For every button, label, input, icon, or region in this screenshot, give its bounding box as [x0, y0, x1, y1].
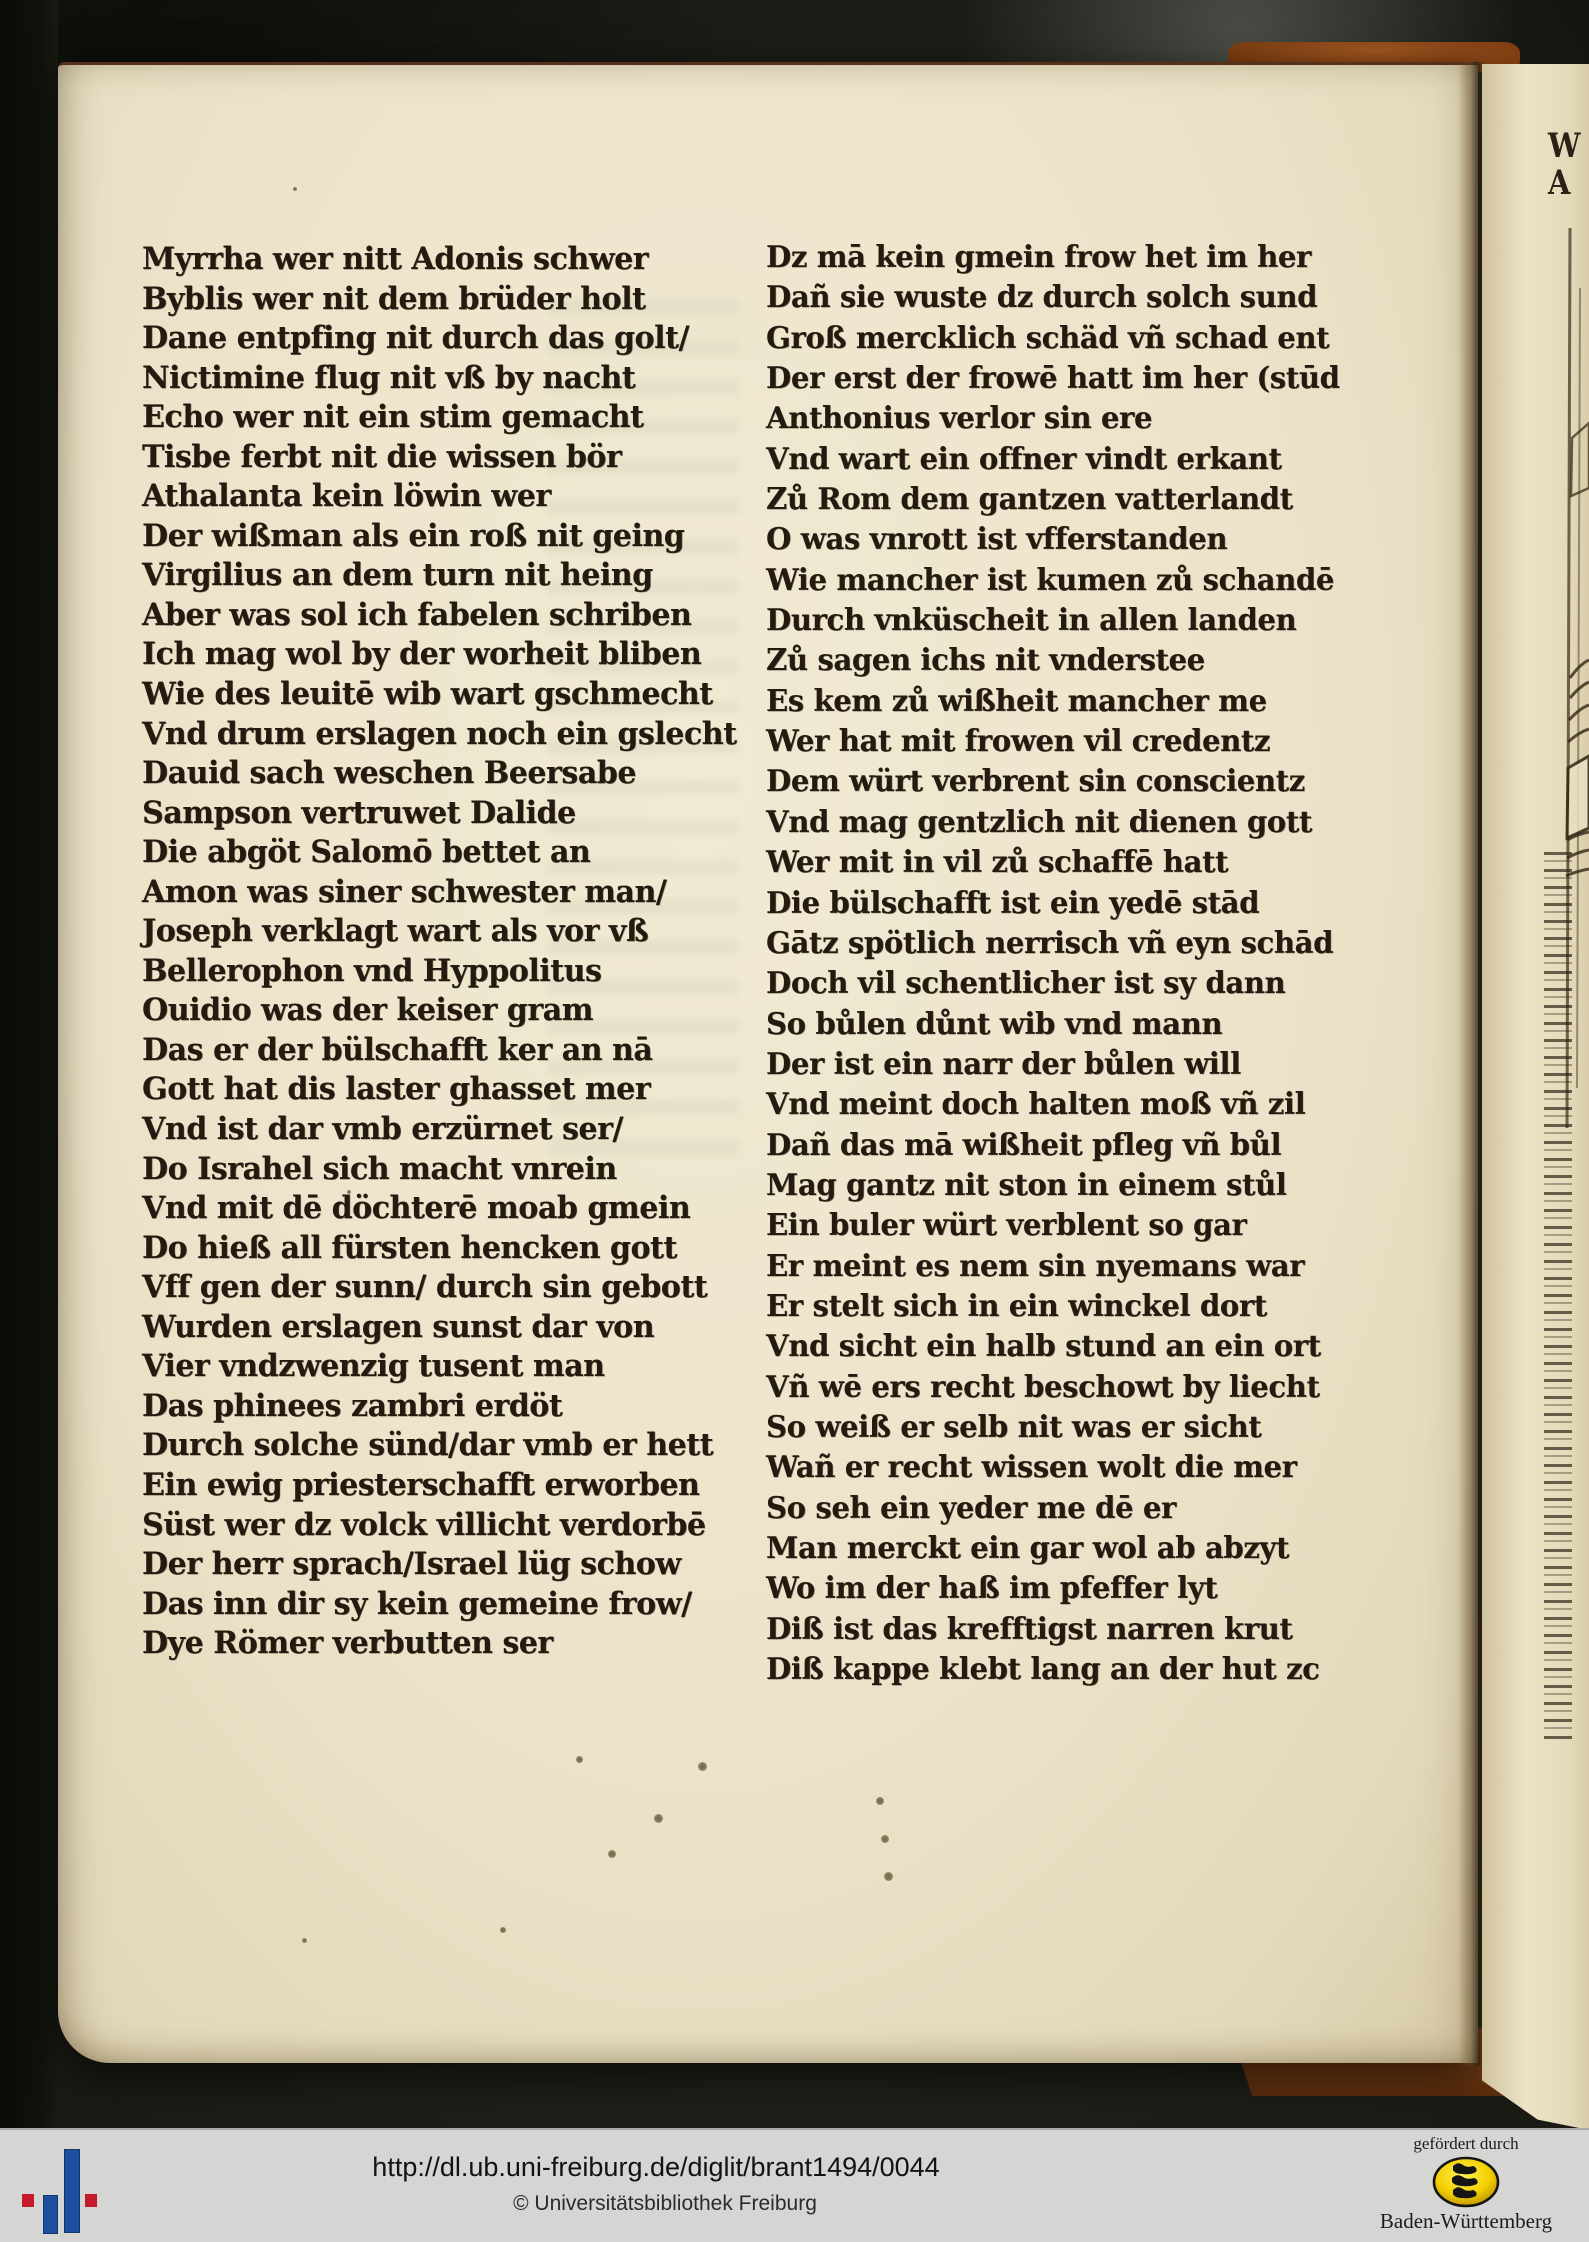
verse-line: Dz mā kein gmein frow het im her [766, 238, 1340, 278]
background-shadow-band [0, 0, 58, 2128]
verse-line: Vnd drum erslagen noch ein gslecht [142, 715, 737, 755]
verse-line: Wie mancher ist kumen zů schandē [766, 561, 1340, 601]
verse-line: Die bülschafft ist ein yedē stād [766, 884, 1340, 924]
verse-line: Es kem zů wißheit mancher me [766, 682, 1340, 722]
funding-label: gefördert durch [1363, 2134, 1569, 2154]
verse-line: Vnd meint doch halten moß vñ zil [766, 1085, 1340, 1125]
verse-line: Echo wer nit ein stim gemacht [142, 398, 737, 438]
book-scan-viewer: Myrrha wer nitt Adonis schwerByblis wer … [0, 0, 1589, 2242]
paper-speck [302, 1938, 307, 1943]
verse-line: Gott hat dis laster ghasset mer [142, 1070, 737, 1110]
verse-column-left: Myrrha wer nitt Adonis schwerByblis wer … [142, 240, 755, 1664]
paper-speck [876, 1797, 884, 1805]
verse-line: Ein buler würt verblent so gar [766, 1206, 1340, 1246]
verse-line: Aber was sol ich fabelen schriben [142, 596, 737, 636]
verse-line: Süst wer dz volck villicht verdorbē [142, 1506, 737, 1546]
verse-line: Mag gantz nit ston in einem stůl [766, 1166, 1340, 1206]
logo-red-block [85, 2194, 97, 2207]
verse-line: Er meint es nem sin nyemans war [766, 1247, 1340, 1287]
paper-speck [654, 1814, 663, 1823]
verse-line: Durch vnküscheit in allen landen [766, 601, 1340, 641]
verse-line: Ein ewig priesterschafft erworben [142, 1466, 737, 1506]
verse-line: Joseph verklagt wart als vor vß [142, 912, 737, 952]
verse-line: Vnd mag gentzlich nit dienen gott [766, 803, 1340, 843]
verse-line: Die abgöt Salomō bettet an [142, 833, 737, 873]
verse-line: Wurden erslagen sunst dar von [142, 1308, 737, 1348]
letter-fragment: W [1548, 128, 1585, 165]
logo-red-block [22, 2194, 34, 2207]
logo-blue-bar-tall [64, 2149, 80, 2233]
verse-line: Dañ das mā wißheit pfleg vñ bůl [766, 1126, 1340, 1166]
verse-line: Man merckt ein gar wol ab abzyt [766, 1529, 1340, 1569]
paper-speck [500, 1927, 506, 1933]
verse-line: Der wißman als ein roß nit geing [142, 517, 737, 557]
viewer-footer-bar: http://dl.ub.uni-freiburg.de/diglit/bran… [0, 2128, 1589, 2242]
verse-line: Durch solche sünd/dar vmb er hett [142, 1426, 737, 1466]
verse-line: Amon was siner schwester man/ [142, 873, 737, 913]
funding-region: Baden-Württemberg [1363, 2209, 1569, 2234]
paper-speck [884, 1872, 893, 1881]
verse-line: Vier vndzwenzig tusent man [142, 1347, 737, 1387]
verse-line: Dane entpfing nit durch das golt/ [142, 319, 737, 359]
verse-line: Vnd sicht ein halb stund an ein ort [766, 1327, 1340, 1367]
verse-line: O was vnrott ist vfferstanden [766, 520, 1340, 560]
verse-line: Wie des leuitē wib wart gschmecht [142, 675, 737, 715]
verse-line: Diß kappe klebt lang an der hut zc [766, 1650, 1340, 1690]
verse-line: Vnd wart ein offner vindt erkant [766, 440, 1340, 480]
verse-line: Der erst der frowē hatt im her (stūd [766, 359, 1340, 399]
verse-line: Ouidio was der keiser gram [142, 991, 737, 1031]
verse-line: Doch vil schentlicher ist sy dann [766, 964, 1340, 1004]
copyright-notice: © Universitätsbibliothek Freiburg [0, 2192, 1330, 2216]
verse-line: Wañ er recht wissen wolt die mer [766, 1448, 1340, 1488]
verse-line: Virgilius an dem turn nit heing [142, 556, 737, 596]
verse-line: Byblis wer nit dem brüder holt [142, 280, 737, 320]
facing-page-letter-fragments: WA [1548, 128, 1585, 202]
verse-line: Das inn dir sy kein gemeine frow/ [142, 1585, 737, 1625]
verse-line: Zů Rom dem gantzen vatterlandt [766, 480, 1340, 520]
verse-line: Nictimine flug nit vß by nacht [142, 359, 737, 399]
paper-speck [881, 1835, 889, 1843]
verse-line: Dañ sie wuste dz durch solch sund [766, 278, 1340, 318]
verse-line: So weiß er selb nit was er sicht [766, 1408, 1340, 1448]
paper-speck [576, 1756, 583, 1763]
verse-line: Zů sagen ichs nit vnderstee [766, 641, 1340, 681]
paper-speck [293, 187, 297, 191]
verse-line: Do Israhel sich macht vnrein [142, 1150, 737, 1190]
verse-line: Er stelt sich in ein winckel dort [766, 1287, 1340, 1327]
verse-line: Gātz spötlich nerrisch vñ eyn schād [766, 924, 1340, 964]
facing-page-edge-on-text [1544, 852, 1572, 1744]
verse-line: Dye Römer verbutten ser [142, 1624, 737, 1664]
verse-line: Vnd mit dē döchterē moab gmein [142, 1189, 737, 1229]
verse-line: Tisbe ferbt nit die wissen bör [142, 438, 737, 478]
verse-line: Wer mit in vil zů schaffē hatt [766, 843, 1340, 883]
verse-line: Dauid sach weschen Beersabe [142, 754, 737, 794]
verse-line: Das er der bülschafft ker an nā [142, 1031, 737, 1071]
source-url: http://dl.ub.uni-freiburg.de/diglit/bran… [0, 2152, 1312, 2183]
verse-line: Vnd ist dar vmb erzürnet ser/ [142, 1110, 737, 1150]
verse-line: Groß mercklich schäd vñ schad ent [766, 319, 1340, 359]
verse-line: Do hieß all fürsten hencken gott [142, 1229, 737, 1269]
verse-line: Der herr sprach/Israel lüg schow [142, 1545, 737, 1585]
verse-line: Sampson vertruwet Dalide [142, 794, 737, 834]
verse-column-right: Dz mā kein gmein frow het im herDañ sie … [766, 238, 1357, 1690]
verse-line: Vñ wē ers recht beschowt by liecht [766, 1368, 1340, 1408]
verse-line: Vff gen der sunn/ durch sin gebott [142, 1268, 737, 1308]
paper-speck [608, 1850, 616, 1858]
verse-line: So bůlen důnt wib vnd mann [766, 1005, 1340, 1045]
paper-speck [698, 1762, 707, 1771]
letter-fragment: A [1548, 165, 1585, 202]
verse-line: So seh ein yeder me dē er [766, 1489, 1340, 1529]
verse-line: Myrrha wer nitt Adonis schwer [142, 240, 737, 280]
logo-blue-bar-short [43, 2195, 58, 2234]
verse-line: Wo im der haß im pfeffer lyt [766, 1569, 1340, 1609]
funding-mark: gefördert durch Baden-Württemberg [1363, 2134, 1569, 2234]
verse-line: Bellerophon vnd Hyppolitus [142, 952, 737, 992]
verse-line: Wer hat mit frowen vil credentz [766, 722, 1340, 762]
verse-line: Der ist ein narr der bůlen will [766, 1045, 1340, 1085]
verse-line: Athalanta kein löwin wer [142, 477, 737, 517]
baden-wuerttemberg-coat-of-arms-icon [1431, 2156, 1501, 2208]
verse-line: Diß ist das krefftigst narren krut [766, 1610, 1340, 1650]
verse-line: Ich mag wol by der worheit bliben [142, 635, 737, 675]
page-gutter-shadow [1458, 62, 1484, 2066]
verse-line: Dem würt verbrent sin conscientz [766, 762, 1340, 802]
verse-line: Anthonius verlor sin ere [766, 399, 1340, 439]
paper-speck [347, 1190, 351, 1194]
verse-line: Das phinees zambri erdöt [142, 1387, 737, 1427]
